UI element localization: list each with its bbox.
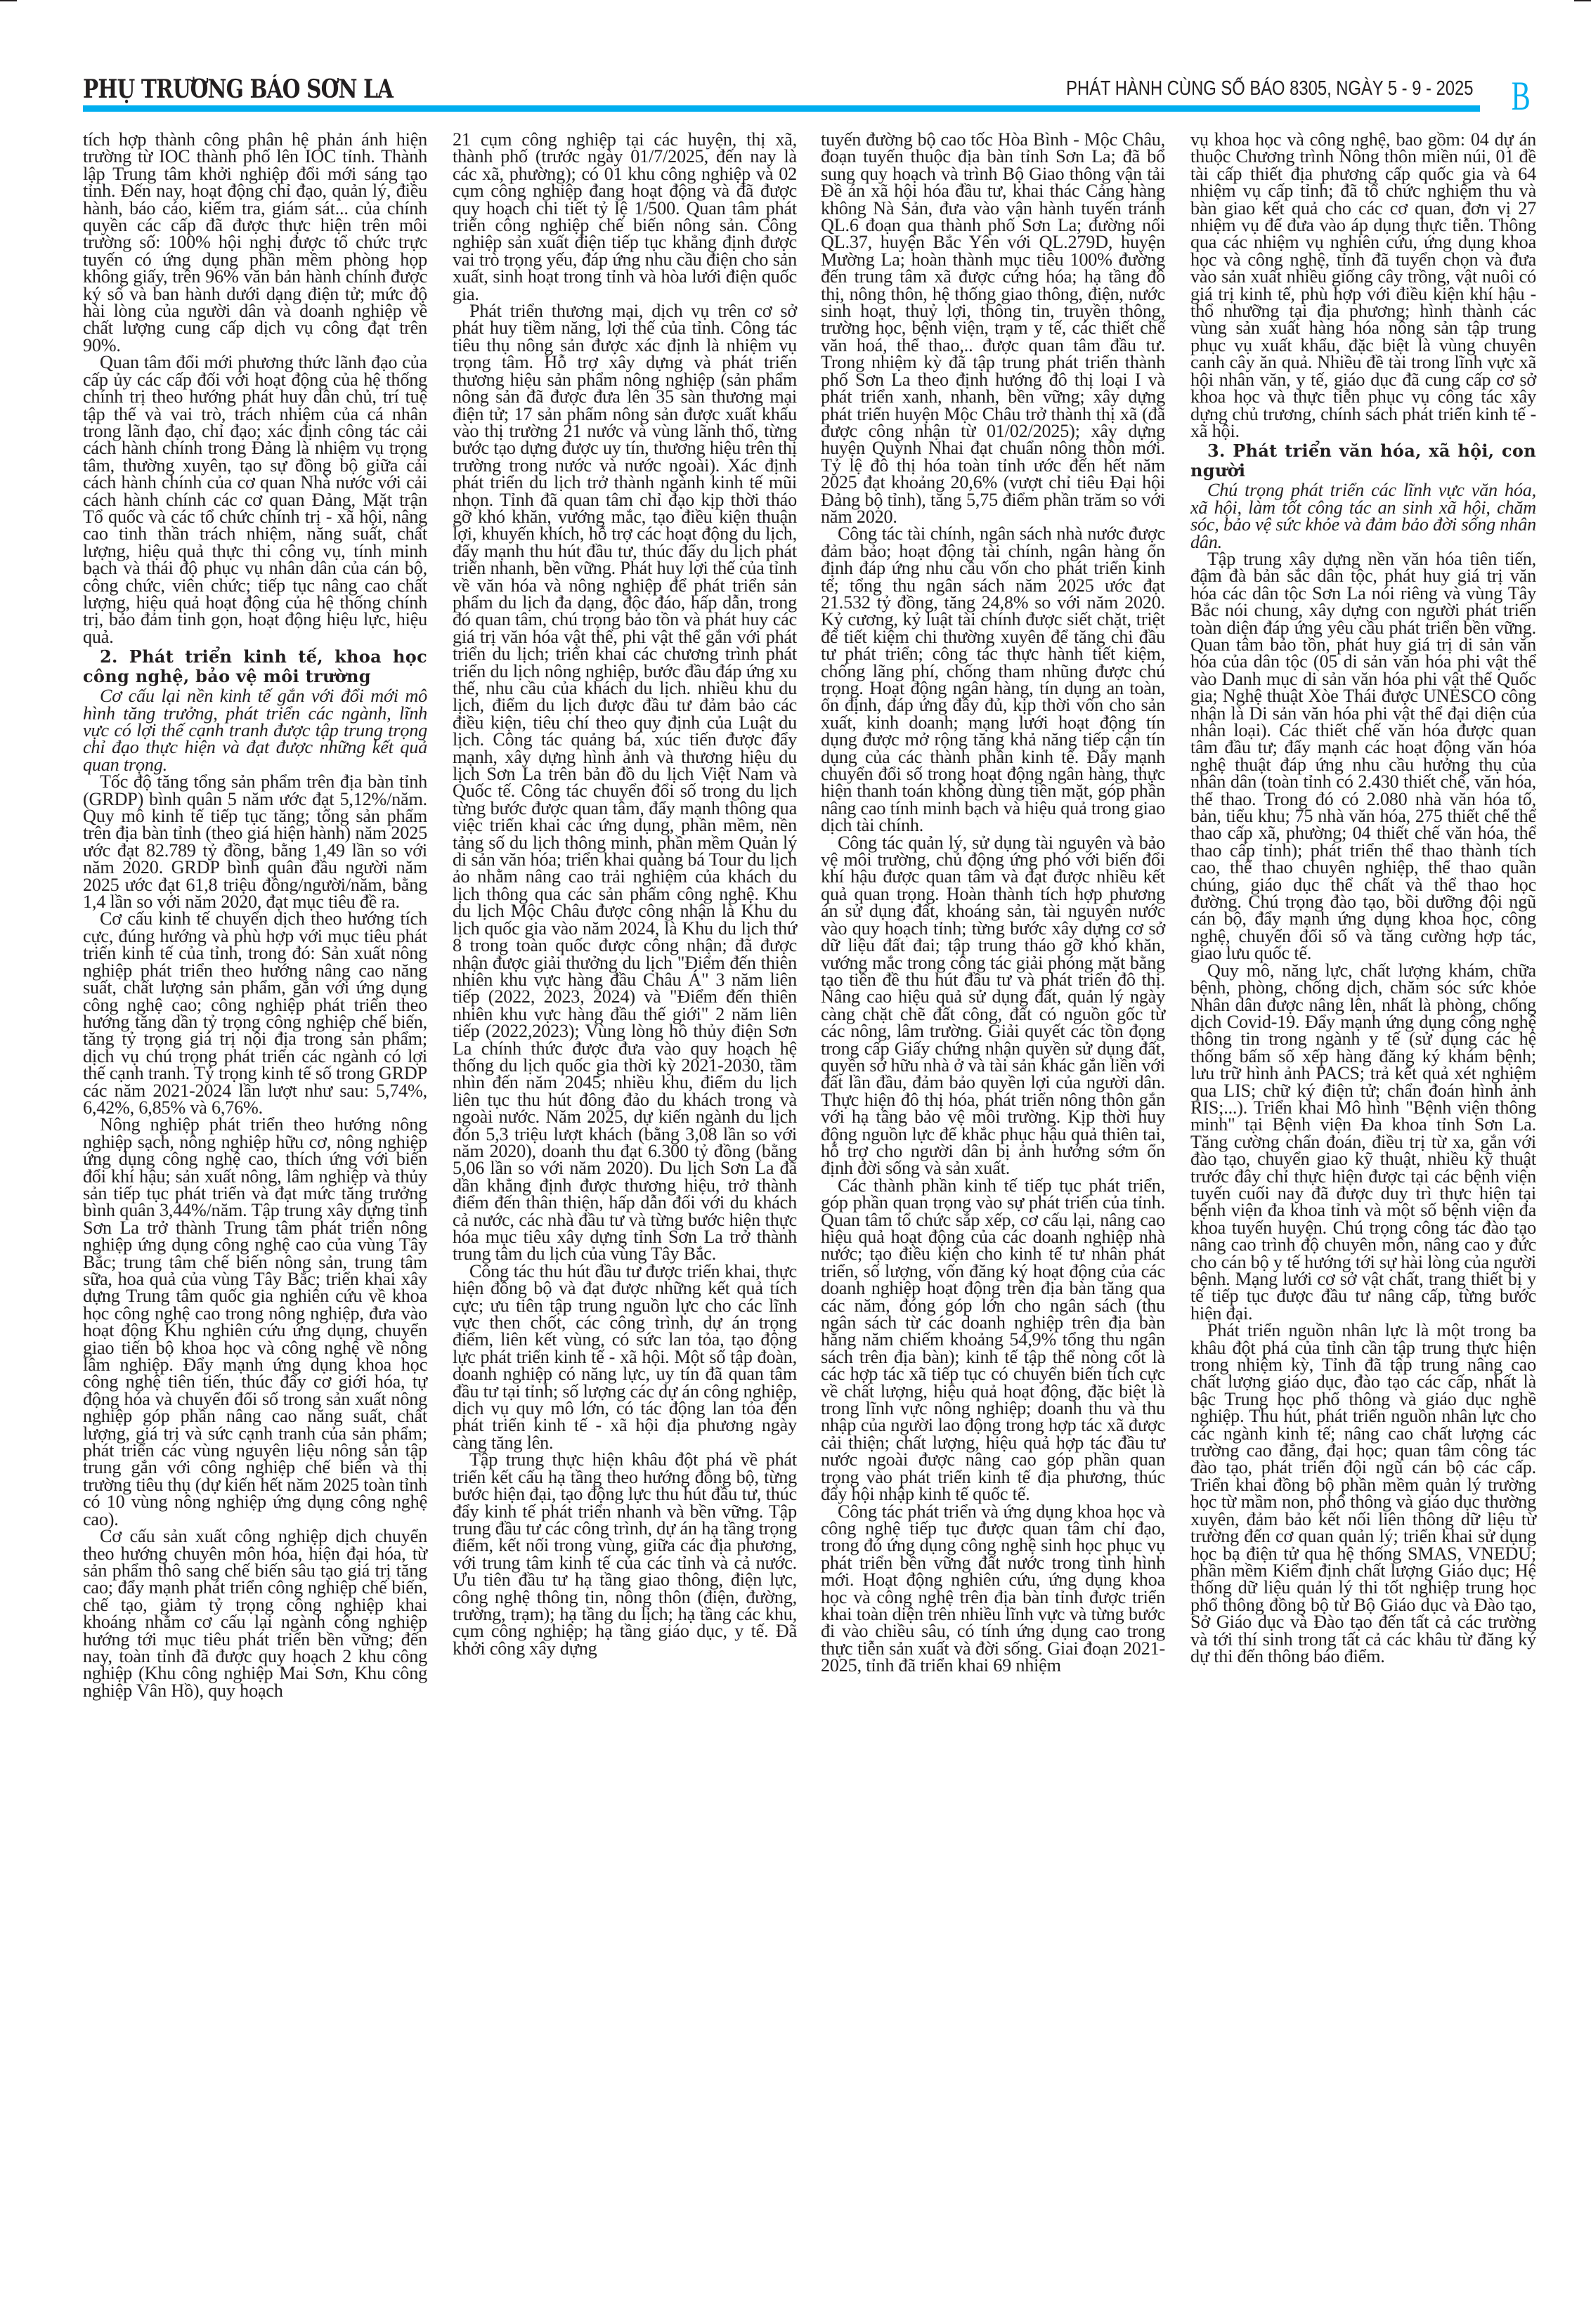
article-body: tích hợp thành công phân hệ phản ánh hiệ… — [83, 131, 1517, 2295]
paragraph: Công tác thu hút đầu tư được triển khai,… — [453, 1263, 797, 1451]
paragraph: tích hợp thành công phân hệ phản ánh hiệ… — [83, 131, 427, 354]
paragraph: Quy mô, năng lực, chất lượng khám, chữa … — [1190, 962, 1536, 1323]
column-3: tuyến đường bộ cao tốc Hòa Bình - Mộc Ch… — [821, 131, 1165, 1675]
paragraph: 21 cụm công nghiệp tại các huyện, thị xã… — [453, 131, 797, 303]
paragraph: Tốc độ tăng tổng sản phẩm trên địa bàn t… — [83, 773, 427, 910]
paragraph: Phát triển nguồn nhân lực là một trong b… — [1190, 1322, 1536, 1665]
paragraph: Nông nghiệp phát triển theo hướng nông n… — [83, 1116, 427, 1528]
paragraph: tuyến đường bộ cao tốc Hòa Bình - Mộc Ch… — [821, 131, 1165, 525]
masthead: PHỤ TRƯƠNG BÁO SƠN LA PHÁT HÀNH CÙNG SỐ … — [83, 70, 1552, 112]
paragraph: Công tác quản lý, sử dụng tài nguyên và … — [821, 835, 1165, 1177]
header-rule — [83, 105, 1480, 112]
publication-title: PHỤ TRƯƠNG BÁO SƠN LA — [83, 74, 393, 104]
crop-mark-left — [0, 0, 17, 1]
paragraph: Cơ cấu kinh tế chuyển dịch theo hướng tí… — [83, 910, 427, 1116]
column-1: tích hợp thành công phân hệ phản ánh hiệ… — [83, 131, 427, 1699]
section-letter: B — [1512, 76, 1531, 117]
section-lead: Chú trọng phát triển các lĩnh vực văn hó… — [1190, 482, 1536, 551]
issue-line: PHÁT HÀNH CÙNG SỐ BÁO 8305, NGÀY 5 - 9 -… — [1066, 77, 1473, 100]
column-2: 21 cụm công nghiệp tại các huyện, thị xã… — [453, 131, 797, 1657]
paragraph: Phát triển thương mại, dịch vụ trên cơ s… — [453, 303, 797, 1263]
paragraph: Cơ cấu sản xuất công nghiệp dịch chuyển … — [83, 1528, 427, 1699]
section-heading: 3. Phát triển văn hóa, xã hội, con người — [1190, 441, 1536, 481]
section-heading: 2. Phát triển kinh tế, khoa học công ngh… — [83, 647, 427, 686]
paragraph: Công tác phát triển và ứng dụng khoa học… — [821, 1503, 1165, 1675]
paragraph: Quan tâm đổi mới phương thức lãnh đạo củ… — [83, 354, 427, 646]
paragraph: Tập trung thực hiện khâu đột phá về phát… — [453, 1451, 797, 1657]
paragraph: Các thành phần kinh tế tiếp tục phát tri… — [821, 1177, 1165, 1503]
section-lead: Cơ cấu lại nền kinh tế gắn với đổi mới m… — [83, 688, 427, 773]
paragraph: vụ khoa học và công nghệ, bao gồm: 04 dự… — [1190, 131, 1536, 440]
paragraph: Tập trung xây dựng nền văn hóa tiên tiến… — [1190, 551, 1536, 962]
column-4: vụ khoa học và công nghệ, bao gồm: 04 dự… — [1190, 131, 1536, 1665]
crop-mark-right — [1574, 0, 1591, 1]
paragraph: Công tác tài chính, ngân sách nhà nước đ… — [821, 525, 1165, 834]
